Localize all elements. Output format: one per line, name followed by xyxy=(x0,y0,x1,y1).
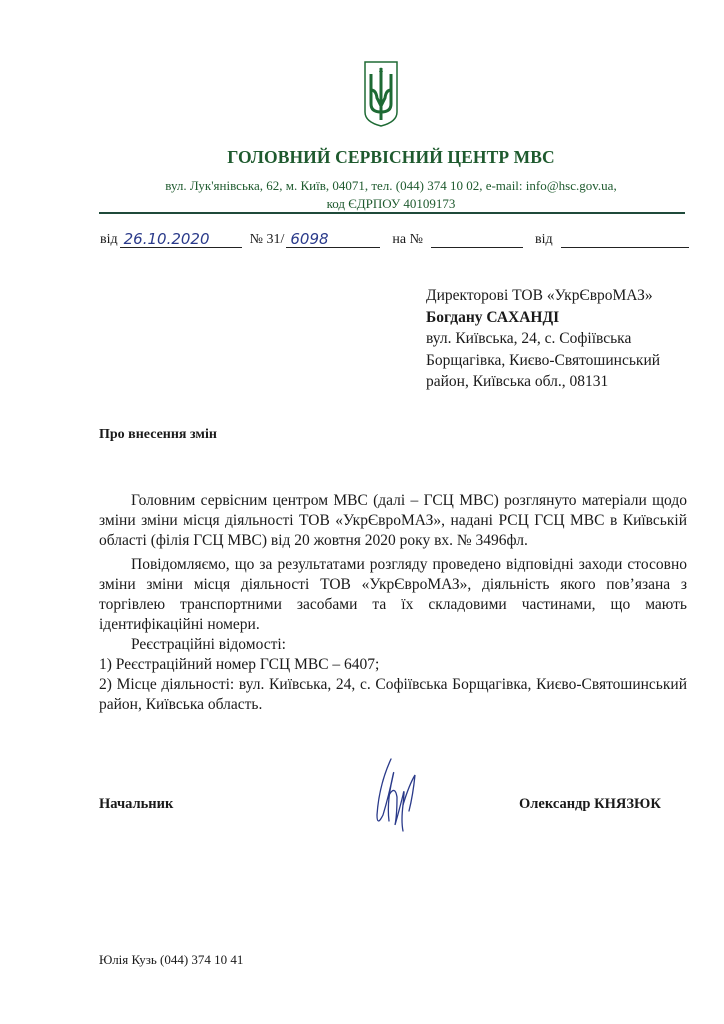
date-value: 26.10.2020 xyxy=(124,230,210,248)
recipient-address-2: Борщагівка, Києво-Святошинський xyxy=(426,350,688,372)
recipient-address-3: район, Київська обл., 08131 xyxy=(426,371,688,393)
list-item-2: 2) Місце діяльності: вул. Київська, 24, … xyxy=(99,675,687,715)
recipient-block: Директорові ТОВ «УкрЄвроМАЗ» Богдану САХ… xyxy=(426,285,688,393)
paragraph-3: Реєстраційні відомості: xyxy=(99,635,687,655)
reply-date-field xyxy=(561,231,689,248)
recipient-address-1: вул. Київська, 24, с. Софіївська xyxy=(426,328,688,350)
executor-contact: Юлія Кузь (044) 374 10 41 xyxy=(99,952,243,968)
date-field: 26.10.2020 xyxy=(120,231,242,248)
reference-line: від 26.10.2020 № 31/ 6098 на № від xyxy=(100,228,689,248)
recipient-title: Директорові ТОВ «УкрЄвроМАЗ» xyxy=(426,285,688,307)
handwritten-signature-icon xyxy=(373,755,423,835)
number-field: 6098 xyxy=(286,231,380,248)
reply-number-label: на № xyxy=(392,232,423,248)
reply-date-label: від xyxy=(535,232,553,248)
date-label: від xyxy=(100,232,118,248)
organization-address: вул. Лук'янівська, 62, м. Київ, 04071, т… xyxy=(0,177,724,213)
address-line-2: код ЄДРПОУ 40109173 xyxy=(58,195,724,213)
signer-position: Начальник xyxy=(99,796,173,813)
organization-title: ГОЛОВНИЙ СЕРВІСНИЙ ЦЕНТР МВС xyxy=(0,147,724,168)
signer-name: Олександр КНЯЗЮК xyxy=(519,796,661,813)
paragraph-2: Повідомляємо, що за результатами розгляд… xyxy=(99,555,687,635)
address-line-1: вул. Лук'янівська, 62, м. Київ, 04071, т… xyxy=(58,177,724,195)
reply-number-field xyxy=(431,231,523,248)
letter-body: Головним сервісним центром МВС (далі – Г… xyxy=(99,491,687,715)
header-divider xyxy=(99,212,685,214)
letter-subject: Про внесення змін xyxy=(99,427,217,443)
recipient-name: Богдану САХАНДІ xyxy=(426,307,688,329)
number-label: № 31/ xyxy=(250,232,285,248)
paragraph-1: Головним сервісним центром МВС (далі – Г… xyxy=(99,491,687,551)
list-item-1: 1) Реєстраційний номер ГСЦ МВС – 6407; xyxy=(99,655,687,675)
number-value: 6098 xyxy=(290,230,328,248)
trident-emblem-icon xyxy=(363,60,399,128)
